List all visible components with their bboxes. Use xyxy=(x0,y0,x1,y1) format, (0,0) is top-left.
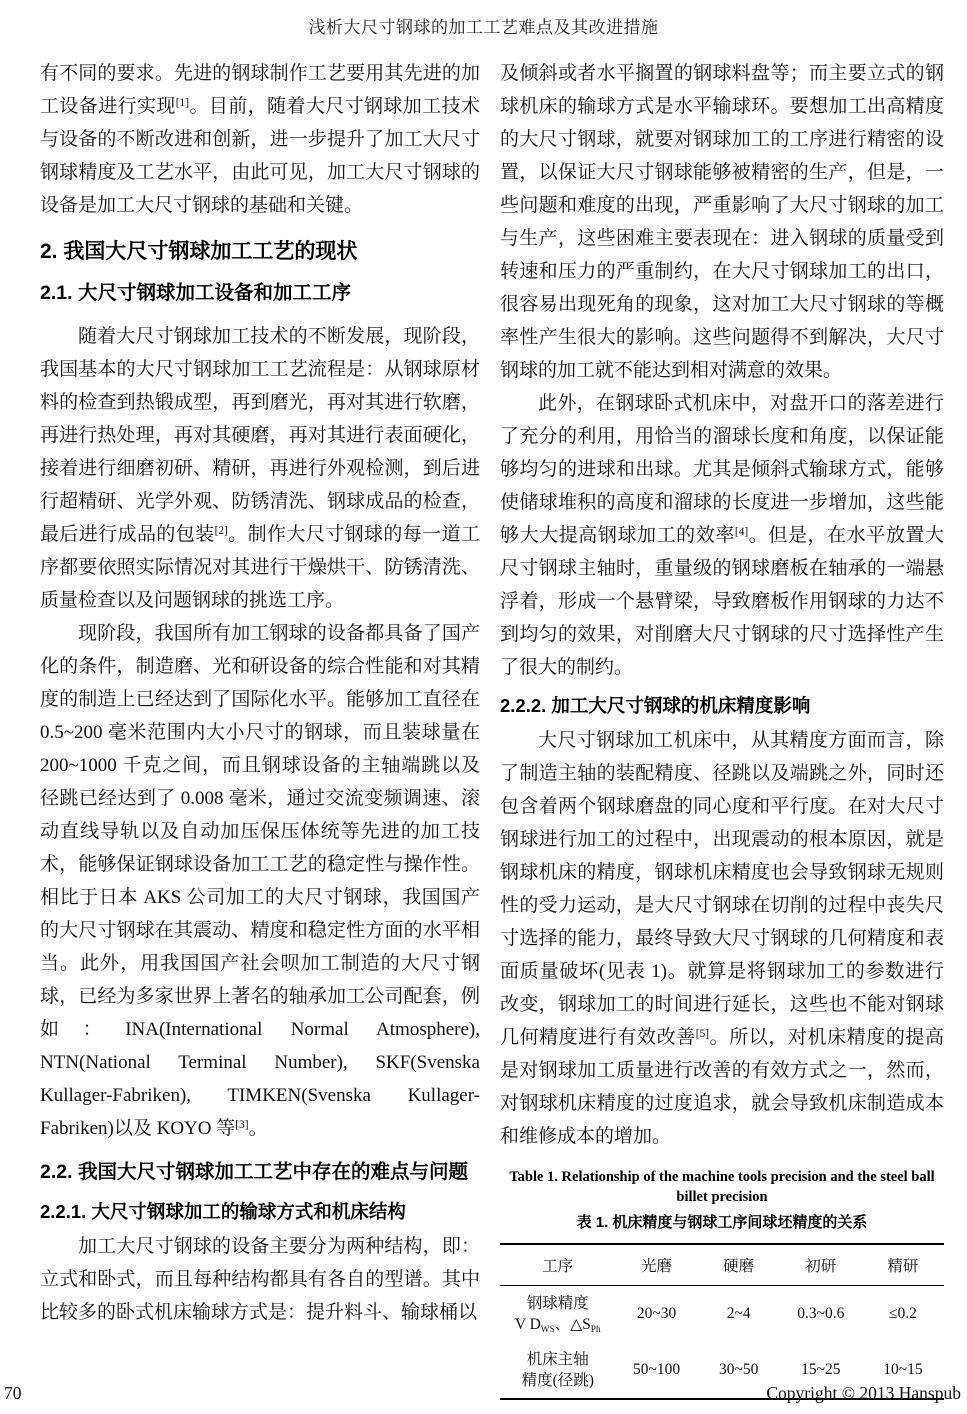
table-caption-chinese: 表 1. 机床精度与钢球工序间球坯精度的关系 xyxy=(500,1212,944,1234)
section-heading-2-1: 2.1. 大尺寸钢球加工设备和加工工序 xyxy=(40,278,480,308)
cell-value: 0.3~0.6 xyxy=(780,1286,862,1343)
copyright-notice: Copyright © 2013 Hanspub xyxy=(766,1383,961,1404)
cell-value: 20~30 xyxy=(615,1286,697,1343)
paragraph-continuation: 有不同的要求。先进的钢球制作工艺要用其先进的加工设备进行实现[1]。目前，随着大… xyxy=(40,57,480,222)
paragraph-machine-structures: 加工大尺寸钢球的设备主要分为两种结构，即：立式和卧式，而且每种结构都具有各自的型… xyxy=(40,1230,480,1329)
row-label-ball-precision: 钢球精度 V DWS、△SPh xyxy=(500,1286,615,1343)
header-hard-grinding: 硬磨 xyxy=(698,1244,780,1286)
header-fine-lapping: 精研 xyxy=(862,1244,944,1286)
paper-page: 浅析大尺寸钢球的加工工艺难点及其改进措施 有不同的要求。先进的钢球制作工艺要用其… xyxy=(0,0,967,1414)
section-heading-2-2-2: 2.2.2. 加工大尺寸钢球的机床精度影响 xyxy=(500,693,944,719)
header-process: 工序 xyxy=(500,1244,615,1286)
header-initial-lapping: 初研 xyxy=(780,1244,862,1286)
table-1-block: Table 1. Relationship of the machine too… xyxy=(500,1167,944,1400)
cell-value: ≤0.2 xyxy=(862,1286,944,1343)
paragraph-horizontal-machine: 此外，在钢球卧式机床中，对盘开口的落差进行了充分的利用，用恰当的溜球长度和角度，… xyxy=(500,387,944,684)
section-heading-2-2-1: 2.2.1. 大尺寸钢球加工的输球方式和机床结构 xyxy=(40,1199,480,1225)
column-left: 有不同的要求。先进的钢球制作工艺要用其先进的加工设备进行实现[1]。目前，随着大… xyxy=(40,57,480,1329)
precision-table: 工序 光磨 硬磨 初研 精研 钢球精度 V DWS、△SPh 20~30 2~4… xyxy=(500,1243,944,1400)
table-row-ball-precision: 钢球精度 V DWS、△SPh 20~30 2~4 0.3~0.6 ≤0.2 xyxy=(500,1286,944,1343)
paragraph-process-flow: 随着大尺寸钢球加工技术的不断发展，现阶段，我国基本的大尺寸钢球加工工艺流程是：从… xyxy=(40,320,480,617)
cell-value: 2~4 xyxy=(698,1286,780,1343)
table-header-row: 工序 光磨 硬磨 初研 精研 xyxy=(500,1244,944,1286)
section-heading-2: 2. 我国大尺寸钢球加工工艺的现状 xyxy=(40,237,480,266)
page-number: 70 xyxy=(4,1383,22,1404)
page-footer: 70 Copyright © 2013 Hanspub xyxy=(4,1383,961,1404)
paragraph-domestic-equipment: 现阶段，我国所有加工钢球的设备都具备了国产化的条件，制造磨、光和研设备的综合性能… xyxy=(40,617,480,1145)
table-caption-english: Table 1. Relationship of the machine too… xyxy=(504,1167,940,1207)
paragraph-machine-precision: 大尺寸钢球加工机床中，从其精度方面而言，除了制造主轴的装配精度、径跳以及端跳之外… xyxy=(500,724,944,1153)
section-heading-2-2: 2.2. 我国大尺寸钢球加工工艺中存在的难点与问题 xyxy=(40,1157,480,1187)
header-bright-grinding: 光磨 xyxy=(615,1244,697,1286)
paragraph-ball-feeding: 及倾斜或者水平搁置的钢球料盘等；而主要立式的钢球机床的输球方式是水平输球环。要想… xyxy=(500,57,944,387)
running-head-title: 浅析大尺寸钢球的加工工艺难点及其改进措施 xyxy=(0,13,967,38)
column-right: 及倾斜或者水平搁置的钢球料盘等；而主要立式的钢球机床的输球方式是水平输球环。要想… xyxy=(500,57,944,1400)
